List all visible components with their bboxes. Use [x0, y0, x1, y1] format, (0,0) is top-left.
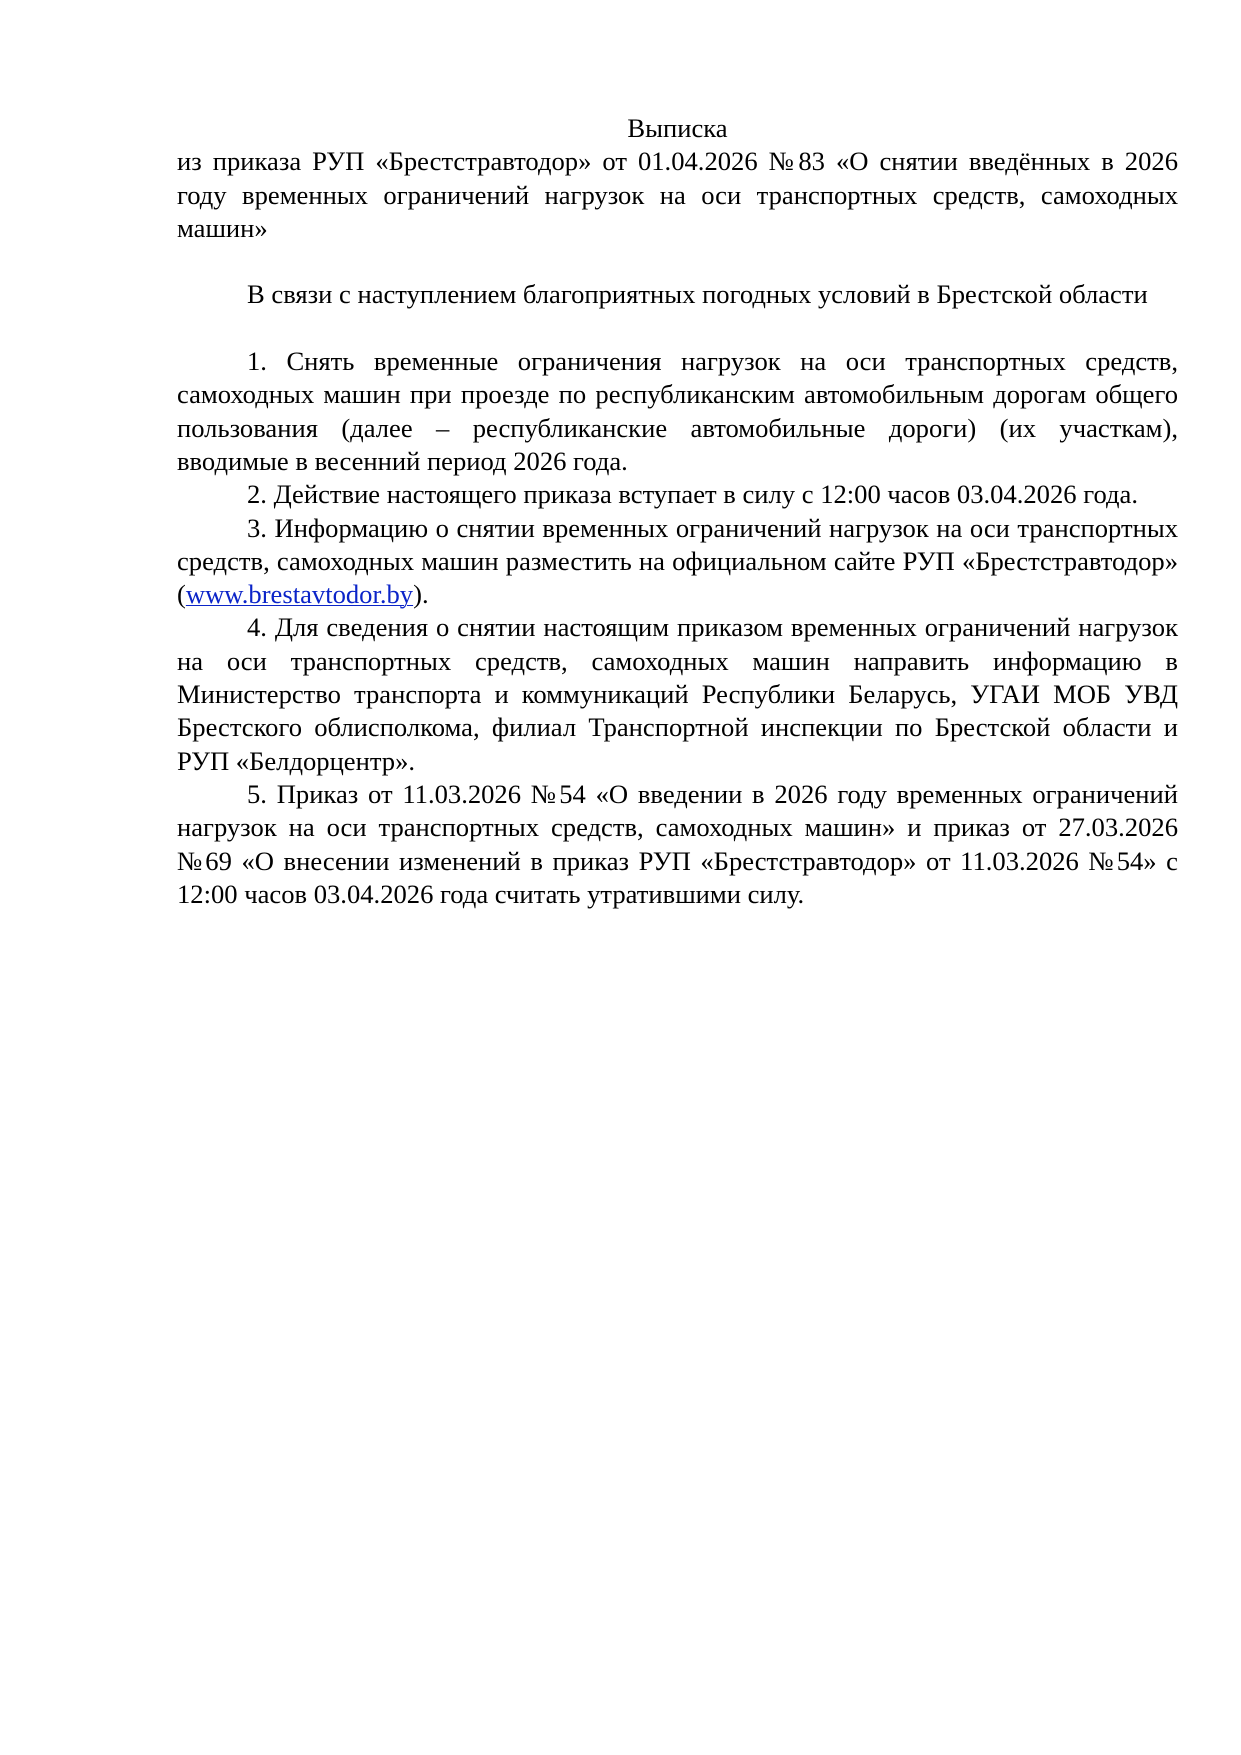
spacer: [177, 245, 1178, 278]
document-title: Выписка: [177, 112, 1178, 145]
list-item-2: 2. Действие настоящего приказа вступает …: [177, 478, 1178, 511]
list-item-3-text-after: ).: [413, 579, 429, 609]
list-item-1: 1. Снять временные ограничения нагрузок …: [177, 345, 1178, 478]
website-link[interactable]: www.brestavtodor.by: [186, 579, 413, 609]
list-item-4: 4. Для сведения о снятии настоящим прика…: [177, 611, 1178, 777]
intro-paragraph: В связи с наступлением благоприятных пог…: [177, 278, 1178, 311]
document-page: Выписка из приказа РУП «Брестстравтодор»…: [177, 112, 1178, 911]
list-item-5: 5. Приказ от 11.03.2026 №54 «О введении …: [177, 778, 1178, 911]
spacer: [177, 312, 1178, 345]
document-subtitle: из приказа РУП «Брестстравтодор» от 01.0…: [177, 145, 1178, 245]
list-item-3: 3. Информацию о снятии временных огранич…: [177, 512, 1178, 612]
